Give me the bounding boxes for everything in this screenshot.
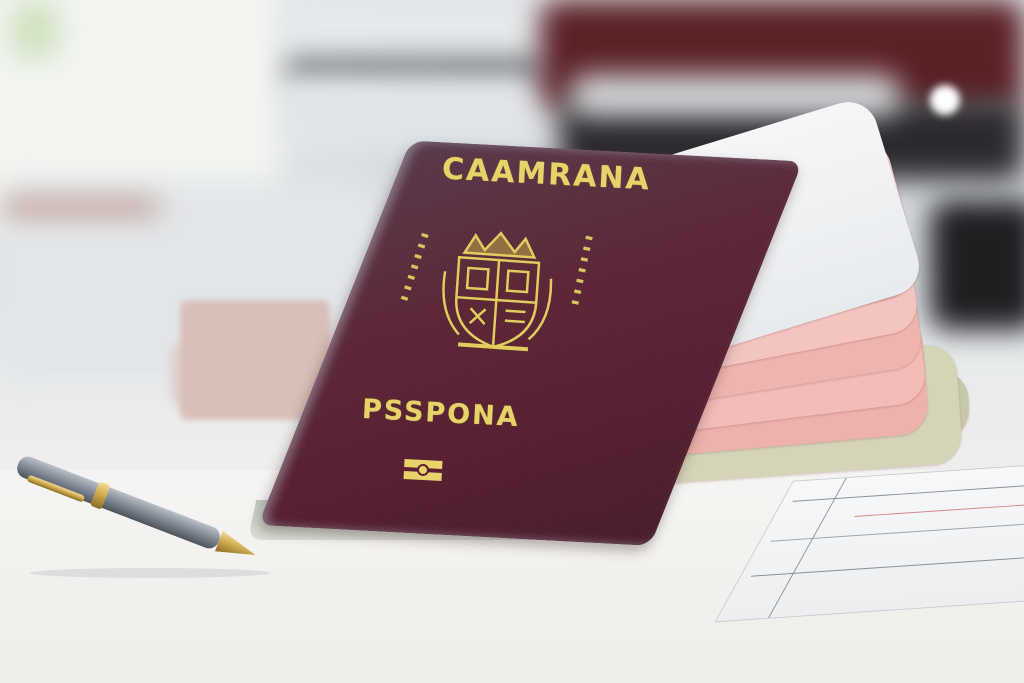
photo-scene: CAAMRANA ▬▬▬▬▬▬▬ ▬▬▬▬▬▬▬ PSSPONA — [0, 0, 1024, 683]
e-passport-chip-icon — [402, 458, 443, 482]
background-book-stack — [280, 0, 550, 60]
background-book — [280, 80, 540, 140]
background-left-stripe — [0, 200, 160, 214]
background-highlight — [930, 85, 960, 115]
background-book-spine-dark — [285, 62, 545, 78]
background-plant-hint — [10, 0, 60, 60]
ballpoint-pen — [0, 445, 290, 585]
coat-of-arms-icon — [428, 221, 567, 360]
